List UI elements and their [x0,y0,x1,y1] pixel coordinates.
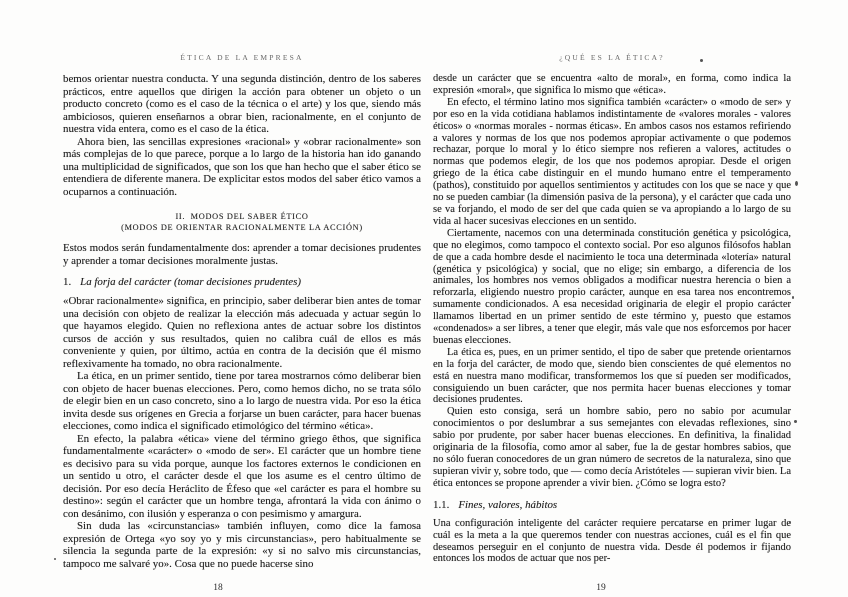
paragraph: La ética, en un primer sentido, tiene po… [63,370,421,433]
paragraph: Sin duda las «circunstancias» también in… [63,520,421,570]
paragraph: bemos orientar nuestra conducta. Y una s… [63,73,421,136]
page-number-right: 19 [433,583,769,593]
subsection-title: Fines, valores, hábitos [458,499,557,511]
scan-speck [794,420,797,423]
book-scan-spread: ÉTICA DE LA EMPRESA bemos orientar nuest… [0,0,848,597]
paragraph: En efecto, el término latino mos signifi… [433,97,791,228]
scan-speck [54,558,56,560]
subsection-number: 1.1. [433,499,449,511]
paragraph: Quien esto consiga, será un hombre sabio… [433,406,791,489]
page-number-left: 18 [63,583,373,593]
section-heading: II. MODOS DEL SABER ÉTICO(MODOS DE ORIEN… [63,211,421,233]
page-left-body-text: bemos orientar nuestra conducta. Y una s… [63,73,421,570]
page-right: ¿QUÉ ES LA ÉTICA? desde un carácter que … [433,0,791,597]
scan-speck [795,181,798,186]
paragraph: Estos modos serán fundamentalmente dos: … [63,242,421,267]
section-heading-line: (MODOS DE ORIENTAR RACIONALMENTE LA ACCI… [63,222,421,233]
paragraph: Una configuración inteligente del caráct… [433,518,791,566]
paragraph: «Obrar racionalmente» significa, en prin… [63,295,421,370]
paragraph: En efecto, la palabra «ética» viene del … [63,433,421,521]
page-left: ÉTICA DE LA EMPRESA bemos orientar nuest… [63,0,421,597]
paragraph: desde un carácter que se encuentra «alto… [433,73,791,97]
subsection-title: La forja del carácter (tomar decisiones … [80,276,301,288]
paragraph: Ahora bien, las sencillas expresiones «r… [63,136,421,199]
scan-speck [700,59,703,62]
running-header-left: ÉTICA DE LA EMPRESA [63,53,421,62]
subsection-heading: 1.La forja del carácter (tomar decisione… [63,276,421,288]
subsection-heading: 1.1.Fines, valores, hábitos [433,499,791,511]
running-header-right: ¿QUÉ ES LA ÉTICA? [433,53,791,62]
scan-speck [789,521,791,524]
scan-speck [792,296,794,299]
section-heading-line: II. MODOS DEL SABER ÉTICO [63,211,421,222]
subsection-number: 1. [63,276,71,288]
paragraph: Ciertamente, nacemos con una determinada… [433,228,791,347]
page-right-body-text: desde un carácter que se encuentra «alto… [433,73,791,565]
paragraph: La ética es, pues, en un primer sentido,… [433,347,791,407]
